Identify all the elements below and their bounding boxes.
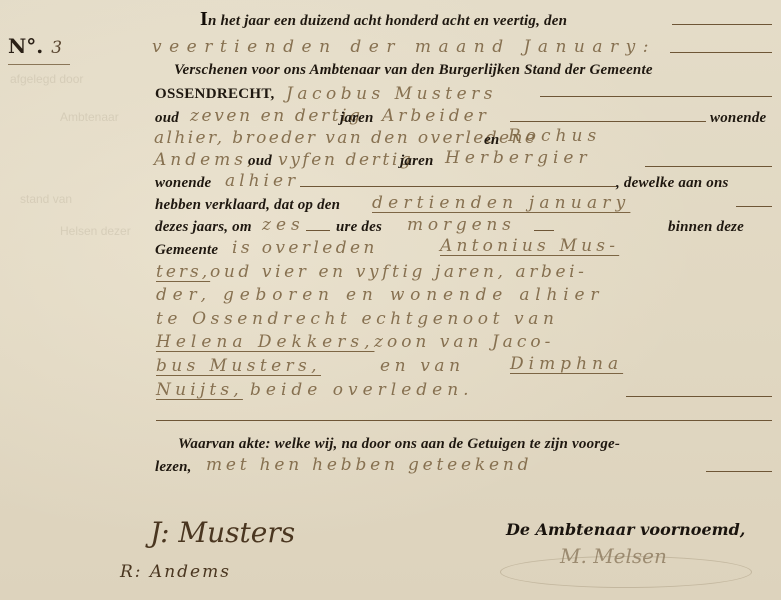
fill-rule: [670, 52, 772, 53]
official-signature: M. Melsen: [560, 544, 667, 568]
declarant-1-residence-relation: alhier, broeder van den overledene: [154, 128, 537, 148]
both-deceased: beide overleden.: [250, 380, 474, 400]
fill-rule: [706, 471, 772, 472]
fill-rule: [736, 206, 772, 207]
mother-last-name: Nuijts,: [156, 380, 243, 400]
municipality-name: OSSENDRECHT,: [155, 86, 275, 103]
declarant-2-name-last: Andems,: [154, 150, 256, 170]
declarant-1-name: Jacobus Musters: [286, 84, 497, 104]
son-of: zoon van Jaco-: [374, 332, 554, 352]
bleed-through-text: afgelegd door: [10, 72, 83, 86]
handwritten-text: is overleden: [232, 238, 378, 258]
fill-rule: [626, 396, 772, 397]
printed-text: Gemeente: [155, 242, 218, 259]
certificate-page: afgelegd door Ambtenaar stand van Helsen…: [0, 0, 781, 600]
fill-rule: [534, 230, 554, 231]
witness-2-signature: R: Andems: [120, 562, 231, 582]
printed-text: jaren: [400, 153, 434, 170]
declarant-1-age: zeven en dertig: [190, 106, 363, 126]
mother-first-name: Dimphna: [510, 354, 623, 374]
declarant-2-age: vyfen dertig: [278, 150, 413, 170]
official-label: De Ambtenaar voornoemd,: [506, 520, 745, 539]
printed-text: dezes jaars, om: [155, 219, 252, 236]
printed-line-1: In het jaar een duizend acht honderd ach…: [200, 8, 567, 31]
deceased-residence-spouse: te Ossendrecht echtgenoot van: [156, 309, 559, 329]
record-number-label: N°.: [8, 34, 43, 58]
printed-text: oud: [248, 153, 272, 170]
deceased-name: Antonius Mus-: [440, 236, 619, 256]
fill-rule: [540, 96, 772, 97]
fill-rule: [306, 230, 330, 231]
printed-line-3: Verschenen voor ons Ambtenaar van den Bu…: [174, 62, 653, 79]
printed-text: binnen deze: [668, 219, 744, 236]
closing-printed-cont: lezen,: [155, 459, 192, 476]
printed-text: oud: [155, 110, 179, 127]
drop-cap: I: [200, 8, 208, 30]
deceased-name-cont: ters,: [156, 262, 210, 282]
time-of-day: morgens: [407, 215, 516, 235]
bleed-through-text: stand van: [20, 192, 72, 206]
handwritten-date: veertienden der maand January:: [152, 37, 656, 57]
deceased-age-occupation: oud vier en vyftig jaren, arbei-: [210, 262, 588, 282]
printed-text: ure des: [336, 219, 382, 236]
bleed-through-text: Ambtenaar: [60, 110, 119, 124]
deceased-birthplace: der, geboren en wonende alhier: [156, 285, 604, 305]
section-divider: [156, 420, 772, 421]
printed-text: jaren: [340, 110, 374, 127]
printed-text: hebben verklaard, dat op den: [155, 197, 340, 214]
fill-rule: [672, 24, 772, 25]
spouse-name: Helena Dekkers,: [156, 332, 374, 352]
printed-text: wonende: [155, 175, 211, 192]
declarant-2-residence: alhier: [225, 171, 299, 191]
closing-handwritten: met hen hebben geteekend: [206, 455, 532, 475]
and-of: en van: [380, 356, 465, 376]
printed-text: , dewelke aan ons: [616, 175, 729, 192]
declarant-2-name-first: Rochus: [508, 126, 601, 146]
closing-printed: Waarvan akte: welke wij, na door ons aan…: [178, 436, 620, 453]
printed-text: wonende: [710, 110, 766, 127]
fill-rule: [510, 121, 706, 122]
record-number: N°.3: [8, 34, 62, 58]
fill-rule: [645, 166, 772, 167]
bleed-through-text: Helsen dezer: [60, 224, 131, 238]
witness-1-signature: J: Musters: [150, 516, 295, 549]
printed-text: en: [484, 132, 499, 149]
declarant-2-occupation: Herbergier: [445, 148, 592, 168]
father-name: bus Musters,: [156, 356, 321, 376]
declarant-1-occupation: Arbeider: [382, 106, 490, 126]
fill-rule: [300, 186, 616, 187]
date-of-death: dertienden january: [372, 193, 630, 213]
record-number-value: 3: [51, 38, 62, 58]
hour-of-death: zes: [262, 215, 305, 235]
record-number-rule: [8, 64, 70, 65]
